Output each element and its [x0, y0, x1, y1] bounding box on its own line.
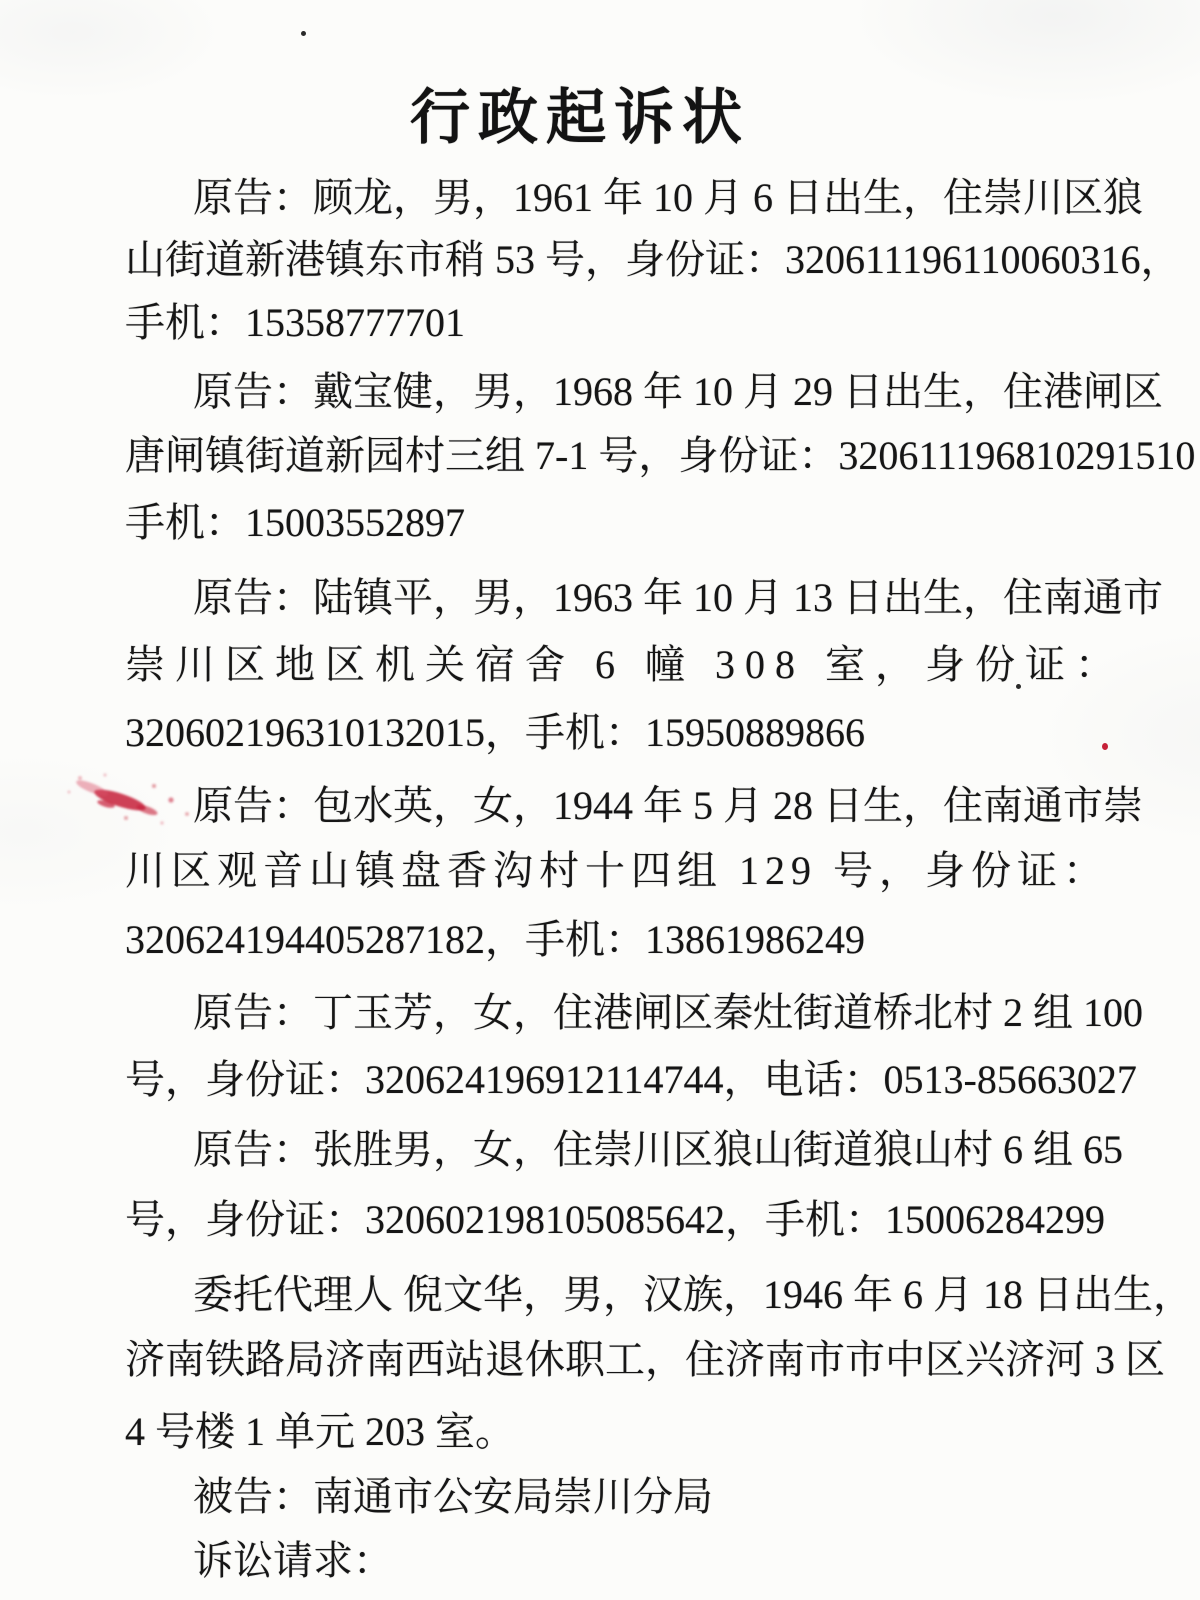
text-line-plaintiff5-b: 号，身份证：320624196912114744，电话：0513-8566302…	[125, 1060, 1137, 1100]
text-line-plaintiff2-c: 手机：15003552897	[125, 503, 465, 543]
text-line-defendant: 被告：南通市公安局崇川分局	[193, 1477, 713, 1517]
text-line-plaintiff4-c: 320624194405287182，手机：13861986249	[125, 920, 865, 960]
text-line-plaintiff4-a: 原告：包水英，女，1944 年 5 月 28 日生，住南通市崇	[193, 786, 1143, 826]
text-line-plaintiff3-b: 崇川区地区机关宿舍 6 幢 308 室，身份证：	[125, 645, 1125, 685]
text-line-plaintiff6-a: 原告：张胜男，女，住崇川区狼山街道狼山村 6 组 65	[193, 1130, 1123, 1170]
ink-speck	[301, 31, 306, 36]
text-line-plaintiff6-b: 号，身份证：320602198105085642，手机：15006284299	[125, 1200, 1105, 1240]
text-line-plaintiff3-a: 原告：陆镇平，男，1963 年 10 月 13 日出生，住南通市	[193, 578, 1163, 618]
text-line-plaintiff1-b: 山街道新港镇东市稍 53 号，身份证：320611196110060316，	[125, 240, 1181, 280]
document-title: 行政起诉状	[0, 70, 1180, 156]
ink-speck	[1016, 684, 1021, 689]
text-line-plaintiff3-c: 320602196310132015，手机：15950889866	[125, 713, 865, 753]
red-ink-stain	[50, 756, 220, 841]
text-line-plaintiff5-a: 原告：丁玉芳，女，住港闸区秦灶街道桥北村 2 组 100	[193, 993, 1143, 1033]
text-line-plaintiff1-c: 手机：15358777701	[125, 303, 465, 343]
text-line-agent-c: 4 号楼 1 单元 203 室。	[125, 1412, 515, 1452]
text-line-claims-heading: 诉讼请求：	[193, 1541, 393, 1581]
text-line-agent-b: 济南铁路局济南西站退休职工，住济南市市中区兴济河 3 区	[125, 1340, 1165, 1380]
text-line-plaintiff2-b: 唐闸镇街道新园村三组 7-1 号，身份证：320611196810291510	[125, 436, 1195, 476]
text-line-plaintiff2-a: 原告：戴宝健，男，1968 年 10 月 29 日出生，住港闸区	[193, 372, 1163, 412]
scanned-complaint-page: 行政起诉状 原告：顾龙，男，1961 年 10 月 6 日出生，住崇川区狼 山街…	[0, 0, 1200, 1600]
text-line-plaintiff1-a: 原告：顾龙，男，1961 年 10 月 6 日出生，住崇川区狼	[193, 178, 1143, 218]
text-line-plaintiff4-b: 川区观音山镇盘香沟村十四组 129 号，身份证：	[125, 851, 1109, 891]
red-ink-speck	[1102, 743, 1108, 750]
text-line-agent-a: 委托代理人 倪文华，男，汉族，1946 年 6 月 18 日出生，	[193, 1275, 1193, 1315]
